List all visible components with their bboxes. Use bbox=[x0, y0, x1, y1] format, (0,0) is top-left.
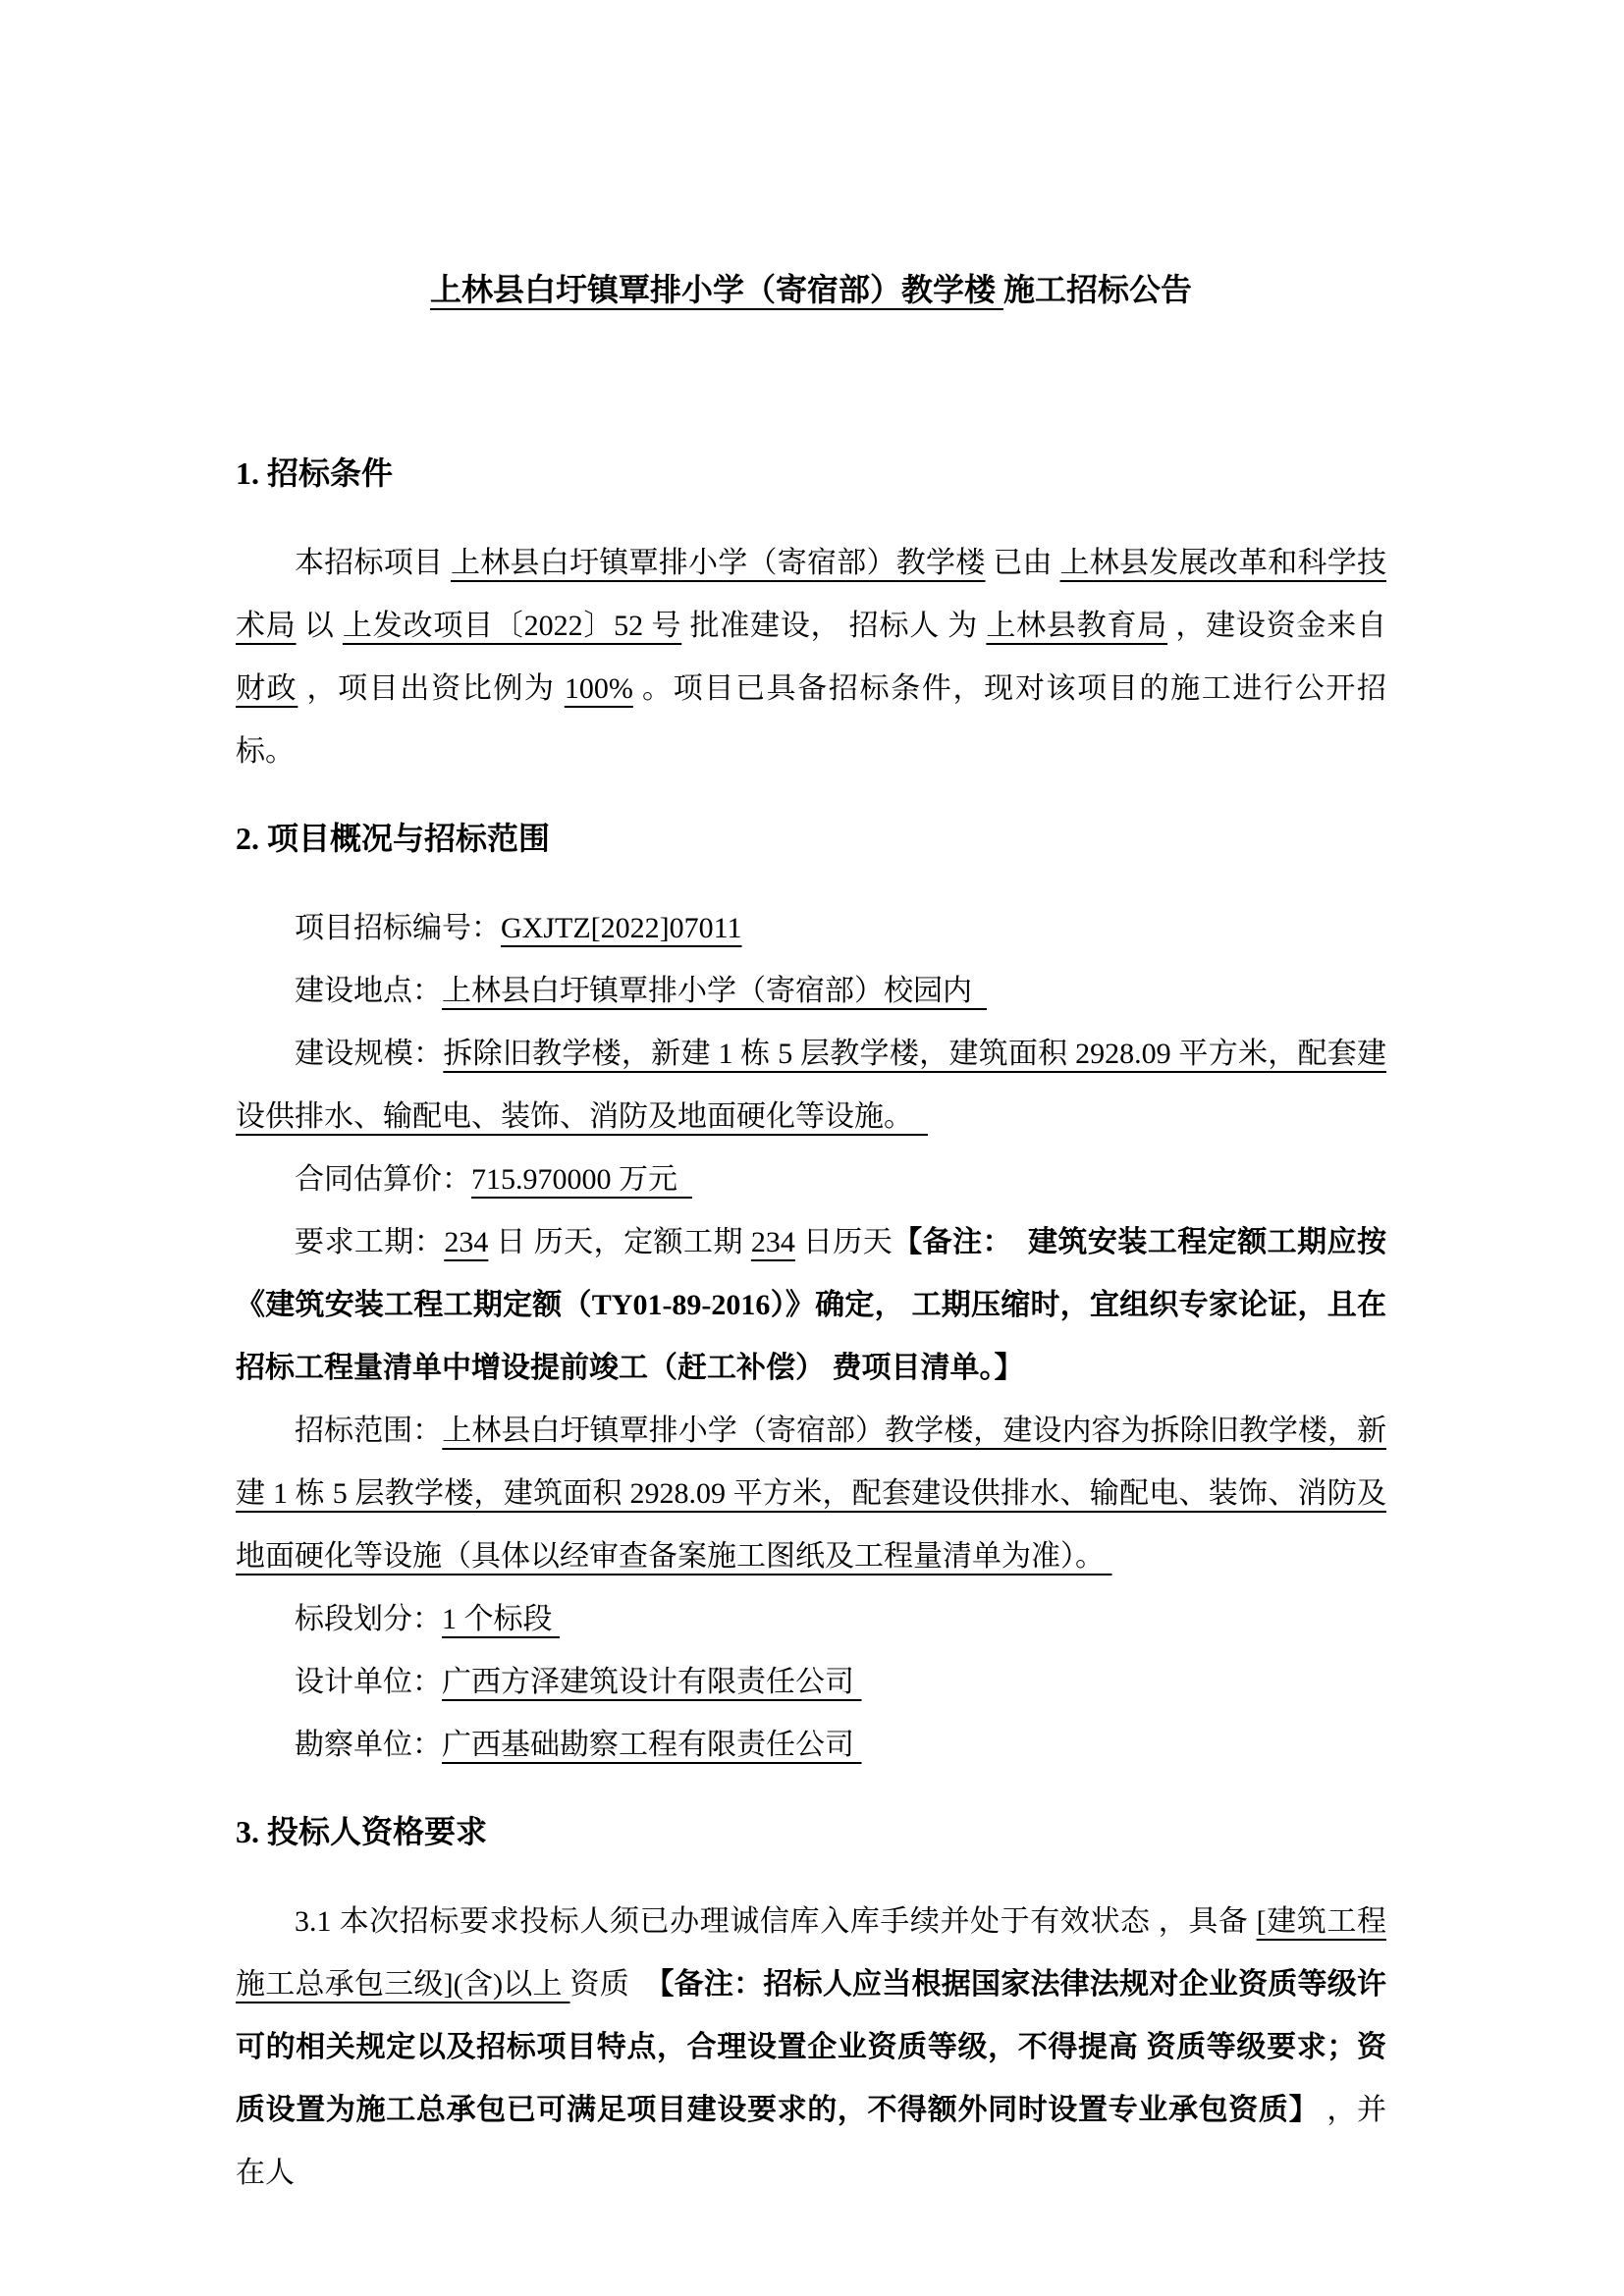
section-heading: 3. 投标人资格要求 bbox=[236, 1777, 1386, 1891]
text-segment: 日历天 bbox=[795, 1226, 893, 1258]
paragraph: 设计单位：广西方泽建筑设计有限责任公司 bbox=[236, 1651, 1386, 1714]
text-segment: 财政 bbox=[236, 672, 298, 705]
text-segment: 1 个标段 bbox=[442, 1603, 560, 1635]
paragraph: 建设地点：上林县白圩镇覃排小学（寄宿部）校园内 bbox=[236, 960, 1386, 1023]
text-segment: 上发改项目〔2022〕52 号 bbox=[343, 610, 681, 642]
document-page: 上林县白圩镇覃排小学（寄宿部）教学楼 施工招标公告 1. 招标条件本招标项目 上… bbox=[0, 0, 1624, 2296]
text-segment: 广西方泽建筑设计有限责任公司 bbox=[442, 1666, 862, 1698]
text-segment: ，项目出资比例为 bbox=[298, 672, 565, 705]
paragraph: 项目招标编号：GXJTZ[2022]07011 bbox=[236, 897, 1386, 960]
text-segment: 上林县白圩镇覃排小学（寄宿部）校园内 bbox=[442, 975, 987, 1007]
text-segment: 批准建设， 招标人 为 bbox=[681, 610, 986, 642]
paragraph: 建设规模：拆除旧教学楼，新建 1 栋 5 层教学楼，建筑面积 2928.09 平… bbox=[236, 1023, 1386, 1148]
text-segment: 234 bbox=[444, 1226, 488, 1258]
text-segment: ，建设资金来自 bbox=[1167, 610, 1393, 642]
paragraph: 3.1 本次招标要求投标人须已办理诚信库入库手续并处于有效状态 ，具备 [建筑工… bbox=[236, 1891, 1386, 2205]
document-body: 1. 招标条件本招标项目 上林县白圩镇覃排小学（寄宿部）教学楼 已由 上林县发展… bbox=[236, 418, 1386, 2205]
text-segment: 建设规模： bbox=[295, 1038, 443, 1070]
text-segment: 资质 bbox=[570, 1968, 645, 2001]
text-segment: 合同估算价： bbox=[295, 1163, 471, 1196]
section-heading: 2. 项目概况与招标范围 bbox=[236, 783, 1386, 897]
text-segment: 建设地点： bbox=[295, 975, 442, 1007]
text-segment: 项目招标编号： bbox=[295, 912, 501, 944]
text-segment: 3.1 本次招标要求投标人须已办理诚信库入库手续并处于有效状态 ，具备 bbox=[295, 1905, 1257, 1938]
text-segment: 上林县白圩镇覃排小学（寄宿部）教学楼 bbox=[451, 547, 986, 579]
text-segment: 715.970000 万元 bbox=[471, 1163, 692, 1196]
text-segment: 标段划分： bbox=[295, 1603, 442, 1635]
section-heading: 1. 招标条件 bbox=[236, 418, 1386, 532]
paragraph: 招标范围：上林县白圩镇覃排小学（寄宿部）教学楼，建设内容为拆除旧教学楼，新建 1… bbox=[236, 1400, 1386, 1588]
text-segment: 招标范围： bbox=[295, 1415, 442, 1447]
text-segment: 234 bbox=[751, 1226, 795, 1258]
title-underlined-text: 上林县白圩镇覃排小学（寄宿部）教学楼 bbox=[430, 272, 1003, 307]
paragraph: 标段划分：1 个标段 bbox=[236, 1588, 1386, 1651]
text-segment: 以 bbox=[297, 610, 343, 642]
paragraph: 合同估算价：715.970000 万元 bbox=[236, 1148, 1386, 1211]
text-segment: 日 历天，定额工期 bbox=[488, 1226, 751, 1258]
text-segment: 设计单位： bbox=[295, 1666, 442, 1698]
text-segment: 上林县教育局 bbox=[986, 610, 1167, 642]
text-segment: 要求工期： bbox=[295, 1226, 444, 1258]
text-segment: 已由 bbox=[986, 547, 1060, 579]
text-segment: 广西基础勘察工程有限责任公司 bbox=[442, 1729, 862, 1761]
text-segment: 勘察单位： bbox=[295, 1729, 442, 1761]
document-title: 上林县白圩镇覃排小学（寄宿部）教学楼 施工招标公告 bbox=[236, 267, 1386, 418]
title-plain-text: 施工招标公告 bbox=[1003, 272, 1192, 307]
text-segment: 100% bbox=[565, 672, 633, 705]
paragraph: 勘察单位：广西基础勘察工程有限责任公司 bbox=[236, 1714, 1386, 1777]
paragraph: 本招标项目 上林县白圩镇覃排小学（寄宿部）教学楼 已由 上林县发展改革和科学技术… bbox=[236, 532, 1386, 783]
paragraph: 要求工期：234 日 历天，定额工期 234 日历天【备注： 建筑安装工程定额工… bbox=[236, 1211, 1386, 1400]
text-segment: GXJTZ[2022]07011 bbox=[501, 912, 742, 944]
text-segment: 本招标项目 bbox=[295, 547, 451, 579]
